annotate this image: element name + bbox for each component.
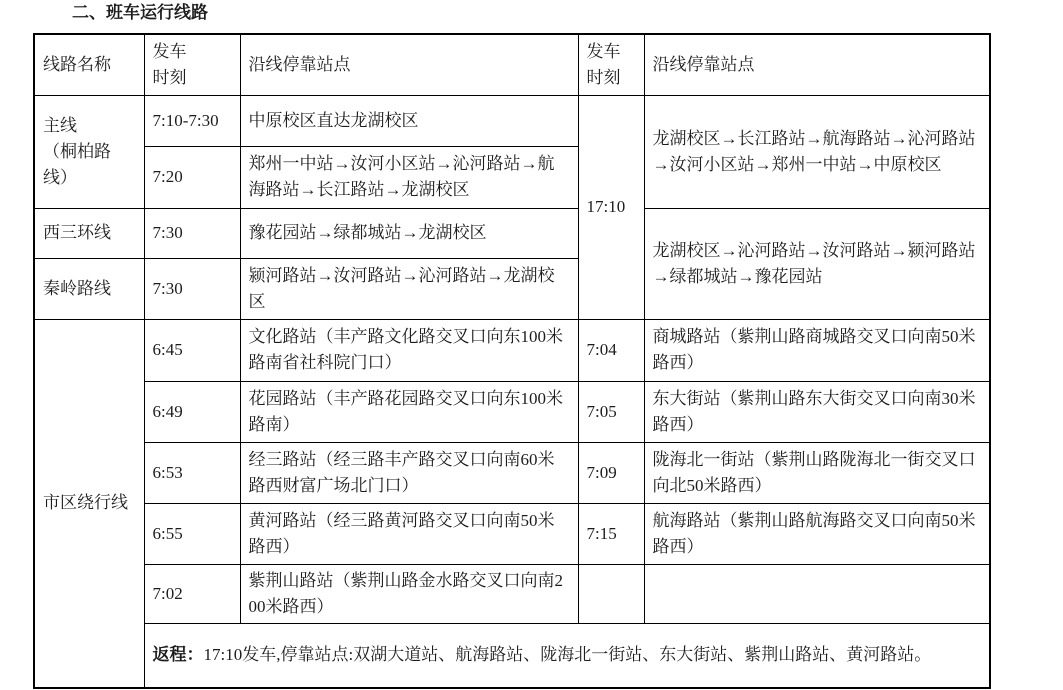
return-stops-cell: 商城路站（紫荆山路商城路交叉口向南50米路西） bbox=[644, 319, 990, 381]
header-departure-time-right: 发车 时刻 bbox=[578, 34, 644, 95]
table-row-west-third-ring: 西三环线 7:30 豫花园站→绿都城站→龙湖校区 龙湖校区→沁河路站→汝河路站→… bbox=[34, 208, 990, 258]
departure-time-cell: 6:55 bbox=[144, 503, 240, 564]
header-route-name: 线路名称 bbox=[34, 34, 144, 95]
return-departure-time-cell: 7:05 bbox=[578, 381, 644, 442]
return-stops-main-cell: 龙湖校区→长江路站→航海路站→沁河路站→汝河小区站→郑州一中站→中原校区 bbox=[644, 95, 990, 208]
departure-time-cell: 6:49 bbox=[144, 381, 240, 442]
table-header-row: 线路名称 发车 时刻 沿线停靠站点 发车 时刻 沿线停靠站点 bbox=[34, 34, 990, 95]
table-row-urban-1: 市区绕行线 6:45 文化路站（丰产路文化路交叉口向东100米路南省社科院门口）… bbox=[34, 319, 990, 381]
stops-cell: 黄河路站（经三路黄河路交叉口向南50米路西） bbox=[240, 503, 578, 564]
return-departure-time-cell: 7:04 bbox=[578, 319, 644, 381]
return-stops-cell: 东大街站（紫荆山路东大街交叉口向南30米路西） bbox=[644, 381, 990, 442]
departure-time-cell: 6:45 bbox=[144, 319, 240, 381]
bus-schedule-table: 线路名称 发车 时刻 沿线停靠站点 发车 时刻 沿线停靠站点 主线 （桐柏路 线… bbox=[33, 33, 991, 689]
stops-cell: 经三路站（经三路丰产路交叉口向南60米路西财富广场北门口） bbox=[240, 442, 578, 503]
route-name-urban-loop: 市区绕行线 bbox=[34, 319, 144, 688]
departure-time-cell: 7:20 bbox=[144, 146, 240, 208]
stops-cell: 郑州一中站→汝河小区站→沁河路站→航海路站→长江路站→龙湖校区 bbox=[240, 146, 578, 208]
header-stops-left: 沿线停靠站点 bbox=[240, 34, 578, 95]
return-note-label: 返程： bbox=[153, 645, 204, 664]
header-departure-time-left: 发车 时刻 bbox=[144, 34, 240, 95]
return-note-cell: 返程：17:10发车,停靠站点:双湖大道站、航海路站、陇海北一街站、东大街站、紫… bbox=[144, 623, 990, 688]
table-row-urban-5: 7:02 紫荆山路站（紫荆山路金水路交叉口向南200米路西） bbox=[34, 564, 990, 623]
table-row-return-note: 返程：17:10发车,停靠站点:双湖大道站、航海路站、陇海北一街站、东大街站、紫… bbox=[34, 623, 990, 688]
return-stops-cell: 航海路站（紫荆山路航海路交叉口向南50米路西） bbox=[644, 503, 990, 564]
route-name-qinling-road: 秦岭路线 bbox=[34, 258, 144, 319]
stops-cell: 文化路站（丰产路文化路交叉口向东100米路南省社科院门口） bbox=[240, 319, 578, 381]
stops-cell: 花园路站（丰产路花园路交叉口向东100米路南） bbox=[240, 381, 578, 442]
return-stops-cell bbox=[644, 564, 990, 623]
return-departure-time-cell bbox=[578, 564, 644, 623]
departure-time-cell: 6:53 bbox=[144, 442, 240, 503]
departure-time-cell: 7:10-7:30 bbox=[144, 95, 240, 146]
stops-cell: 颍河路站→汝河路站→沁河路站→龙湖校区 bbox=[240, 258, 578, 319]
route-name-west-third-ring: 西三环线 bbox=[34, 208, 144, 258]
table-row-urban-2: 6:49 花园路站（丰产路花园路交叉口向东100米路南） 7:05 东大街站（紫… bbox=[34, 381, 990, 442]
page-title: 二、班车运行线路 bbox=[72, 2, 208, 24]
stops-cell: 中原校区直达龙湖校区 bbox=[240, 95, 578, 146]
departure-time-cell: 7:30 bbox=[144, 208, 240, 258]
return-departure-time-cell: 7:15 bbox=[578, 503, 644, 564]
table-row-urban-3: 6:53 经三路站（经三路丰产路交叉口向南60米路西财富广场北门口） 7:09 … bbox=[34, 442, 990, 503]
route-name-main-line: 主线 （桐柏路 线） bbox=[34, 95, 144, 208]
departure-time-cell: 7:30 bbox=[144, 258, 240, 319]
return-departure-time-cell: 17:10 bbox=[578, 95, 644, 319]
return-note-text: 17:10发车,停靠站点:双湖大道站、航海路站、陇海北一街站、东大街站、紫荆山路… bbox=[204, 645, 932, 664]
return-stops-cell: 陇海北一街站（紫荆山路陇海北一街交叉口向北50米路西） bbox=[644, 442, 990, 503]
departure-time-cell: 7:02 bbox=[144, 564, 240, 623]
table-row-main-1: 主线 （桐柏路 线） 7:10-7:30 中原校区直达龙湖校区 17:10 龙湖… bbox=[34, 95, 990, 146]
header-stops-right: 沿线停靠站点 bbox=[644, 34, 990, 95]
stops-cell: 紫荆山路站（紫荆山路金水路交叉口向南200米路西） bbox=[240, 564, 578, 623]
document-page: 二、班车运行线路 线路名称 发车 时刻 沿线停靠站点 发车 时刻 沿线停靠站点 … bbox=[0, 0, 1063, 690]
stops-cell: 豫花园站→绿都城站→龙湖校区 bbox=[240, 208, 578, 258]
return-departure-time-cell: 7:09 bbox=[578, 442, 644, 503]
table-row-urban-4: 6:55 黄河路站（经三路黄河路交叉口向南50米路西） 7:15 航海路站（紫荆… bbox=[34, 503, 990, 564]
return-stops-other-cell: 龙湖校区→沁河路站→汝河路站→颍河路站→绿都城站→豫花园站 bbox=[644, 208, 990, 319]
